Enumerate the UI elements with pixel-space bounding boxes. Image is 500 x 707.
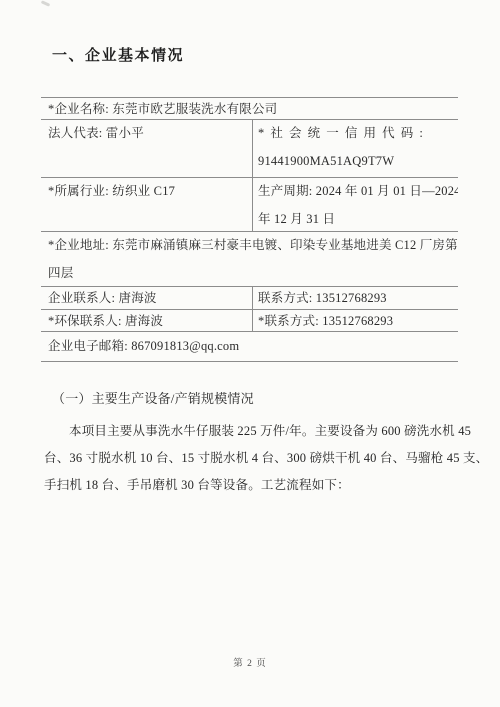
email-cell: 企业电子邮箱: 867091813@qq.com — [41, 332, 458, 361]
address-line1: *企业地址: 东莞市麻涌镇麻三村豪丰电镀、印染专业基地进美 C12 厂房第三、 — [48, 238, 458, 253]
document-title: 一、企业基本情况 — [52, 44, 184, 65]
subsection-heading: （一）主要生产设备/产销规模情况 — [52, 391, 254, 406]
production-period-cell: 生产周期: 2024 年 01 月 01 日—2024 年 12 月 31 日 — [252, 178, 458, 231]
table-row-legal-rep-credit-code: 法人代表: 雷小平 * 社 会 统 一 信 用 代 码 : 91441900MA… — [41, 120, 458, 178]
table-row-company-name: *企业名称: 东莞市欧艺服装洗水有限公司 — [41, 98, 458, 120]
legal-rep-cell: 法人代表: 雷小平 — [41, 120, 252, 177]
production-period-line1: 生产周期: 2024 年 01 月 01 日—2024 — [258, 184, 458, 199]
credit-code-value: 91441900MA51AQ9T7W — [258, 154, 458, 169]
document-page: 一、企业基本情况 *企业名称: 东莞市欧艺服装洗水有限公司 法人代表: 雷小平 … — [0, 0, 500, 707]
table-row-address: *企业地址: 东莞市麻涌镇麻三村豪丰电镀、印染专业基地进美 C12 厂房第三、 … — [41, 232, 458, 287]
table-row-industry-period: *所属行业: 纺织业 C17 生产周期: 2024 年 01 月 01 日—20… — [41, 178, 458, 232]
address-cell: *企业地址: 东莞市麻涌镇麻三村豪丰电镀、印染专业基地进美 C12 厂房第三、 … — [41, 232, 458, 286]
table-row-contact: 企业联系人: 唐海波 联系方式: 13512768293 — [41, 287, 458, 310]
contact-person-cell: 企业联系人: 唐海波 — [41, 287, 252, 309]
paragraph-line: 本项目主要从事洗水牛仔服装 225 万件/年。主要设备为 600 磅洗水机 45 — [44, 418, 458, 445]
paragraph-line: 手扫机 18 台、手吊磨机 30 台等设备。工艺流程如下： — [44, 472, 458, 499]
industry-cell: *所属行业: 纺织业 C17 — [41, 178, 252, 231]
table-row-env-contact: *环保联系人: 唐海波 *联系方式: 13512768293 — [41, 310, 458, 332]
industry-text: *所属行业: 纺织业 C17 — [48, 184, 252, 199]
address-line2: 四层 — [48, 266, 458, 281]
production-period-line2: 年 12 月 31 日 — [258, 212, 458, 227]
table-row-email: 企业电子邮箱: 867091813@qq.com — [41, 332, 458, 362]
company-info-table: *企业名称: 东莞市欧艺服装洗水有限公司 法人代表: 雷小平 * 社 会 统 一… — [41, 97, 458, 362]
env-contact-phone-cell: *联系方式: 13512768293 — [252, 310, 458, 331]
credit-code-cell: * 社 会 统 一 信 用 代 码 : 91441900MA51AQ9T7W — [252, 120, 458, 177]
contact-phone-cell: 联系方式: 13512768293 — [252, 287, 458, 309]
scan-artifact-mark — [41, 0, 50, 6]
page-number: 第 2 页 — [0, 655, 500, 669]
company-name-cell: *企业名称: 东莞市欧艺服装洗水有限公司 — [41, 98, 458, 119]
env-contact-person-cell: *环保联系人: 唐海波 — [41, 310, 252, 331]
body-paragraph: 本项目主要从事洗水牛仔服装 225 万件/年。主要设备为 600 磅洗水机 45… — [44, 418, 458, 499]
legal-rep-text: 法人代表: 雷小平 — [48, 126, 252, 141]
paragraph-line: 台、36 寸脱水机 10 台、15 寸脱水机 4 台、300 磅烘干机 40 台… — [44, 445, 458, 472]
credit-code-label: * 社 会 统 一 信 用 代 码 : — [258, 126, 458, 141]
